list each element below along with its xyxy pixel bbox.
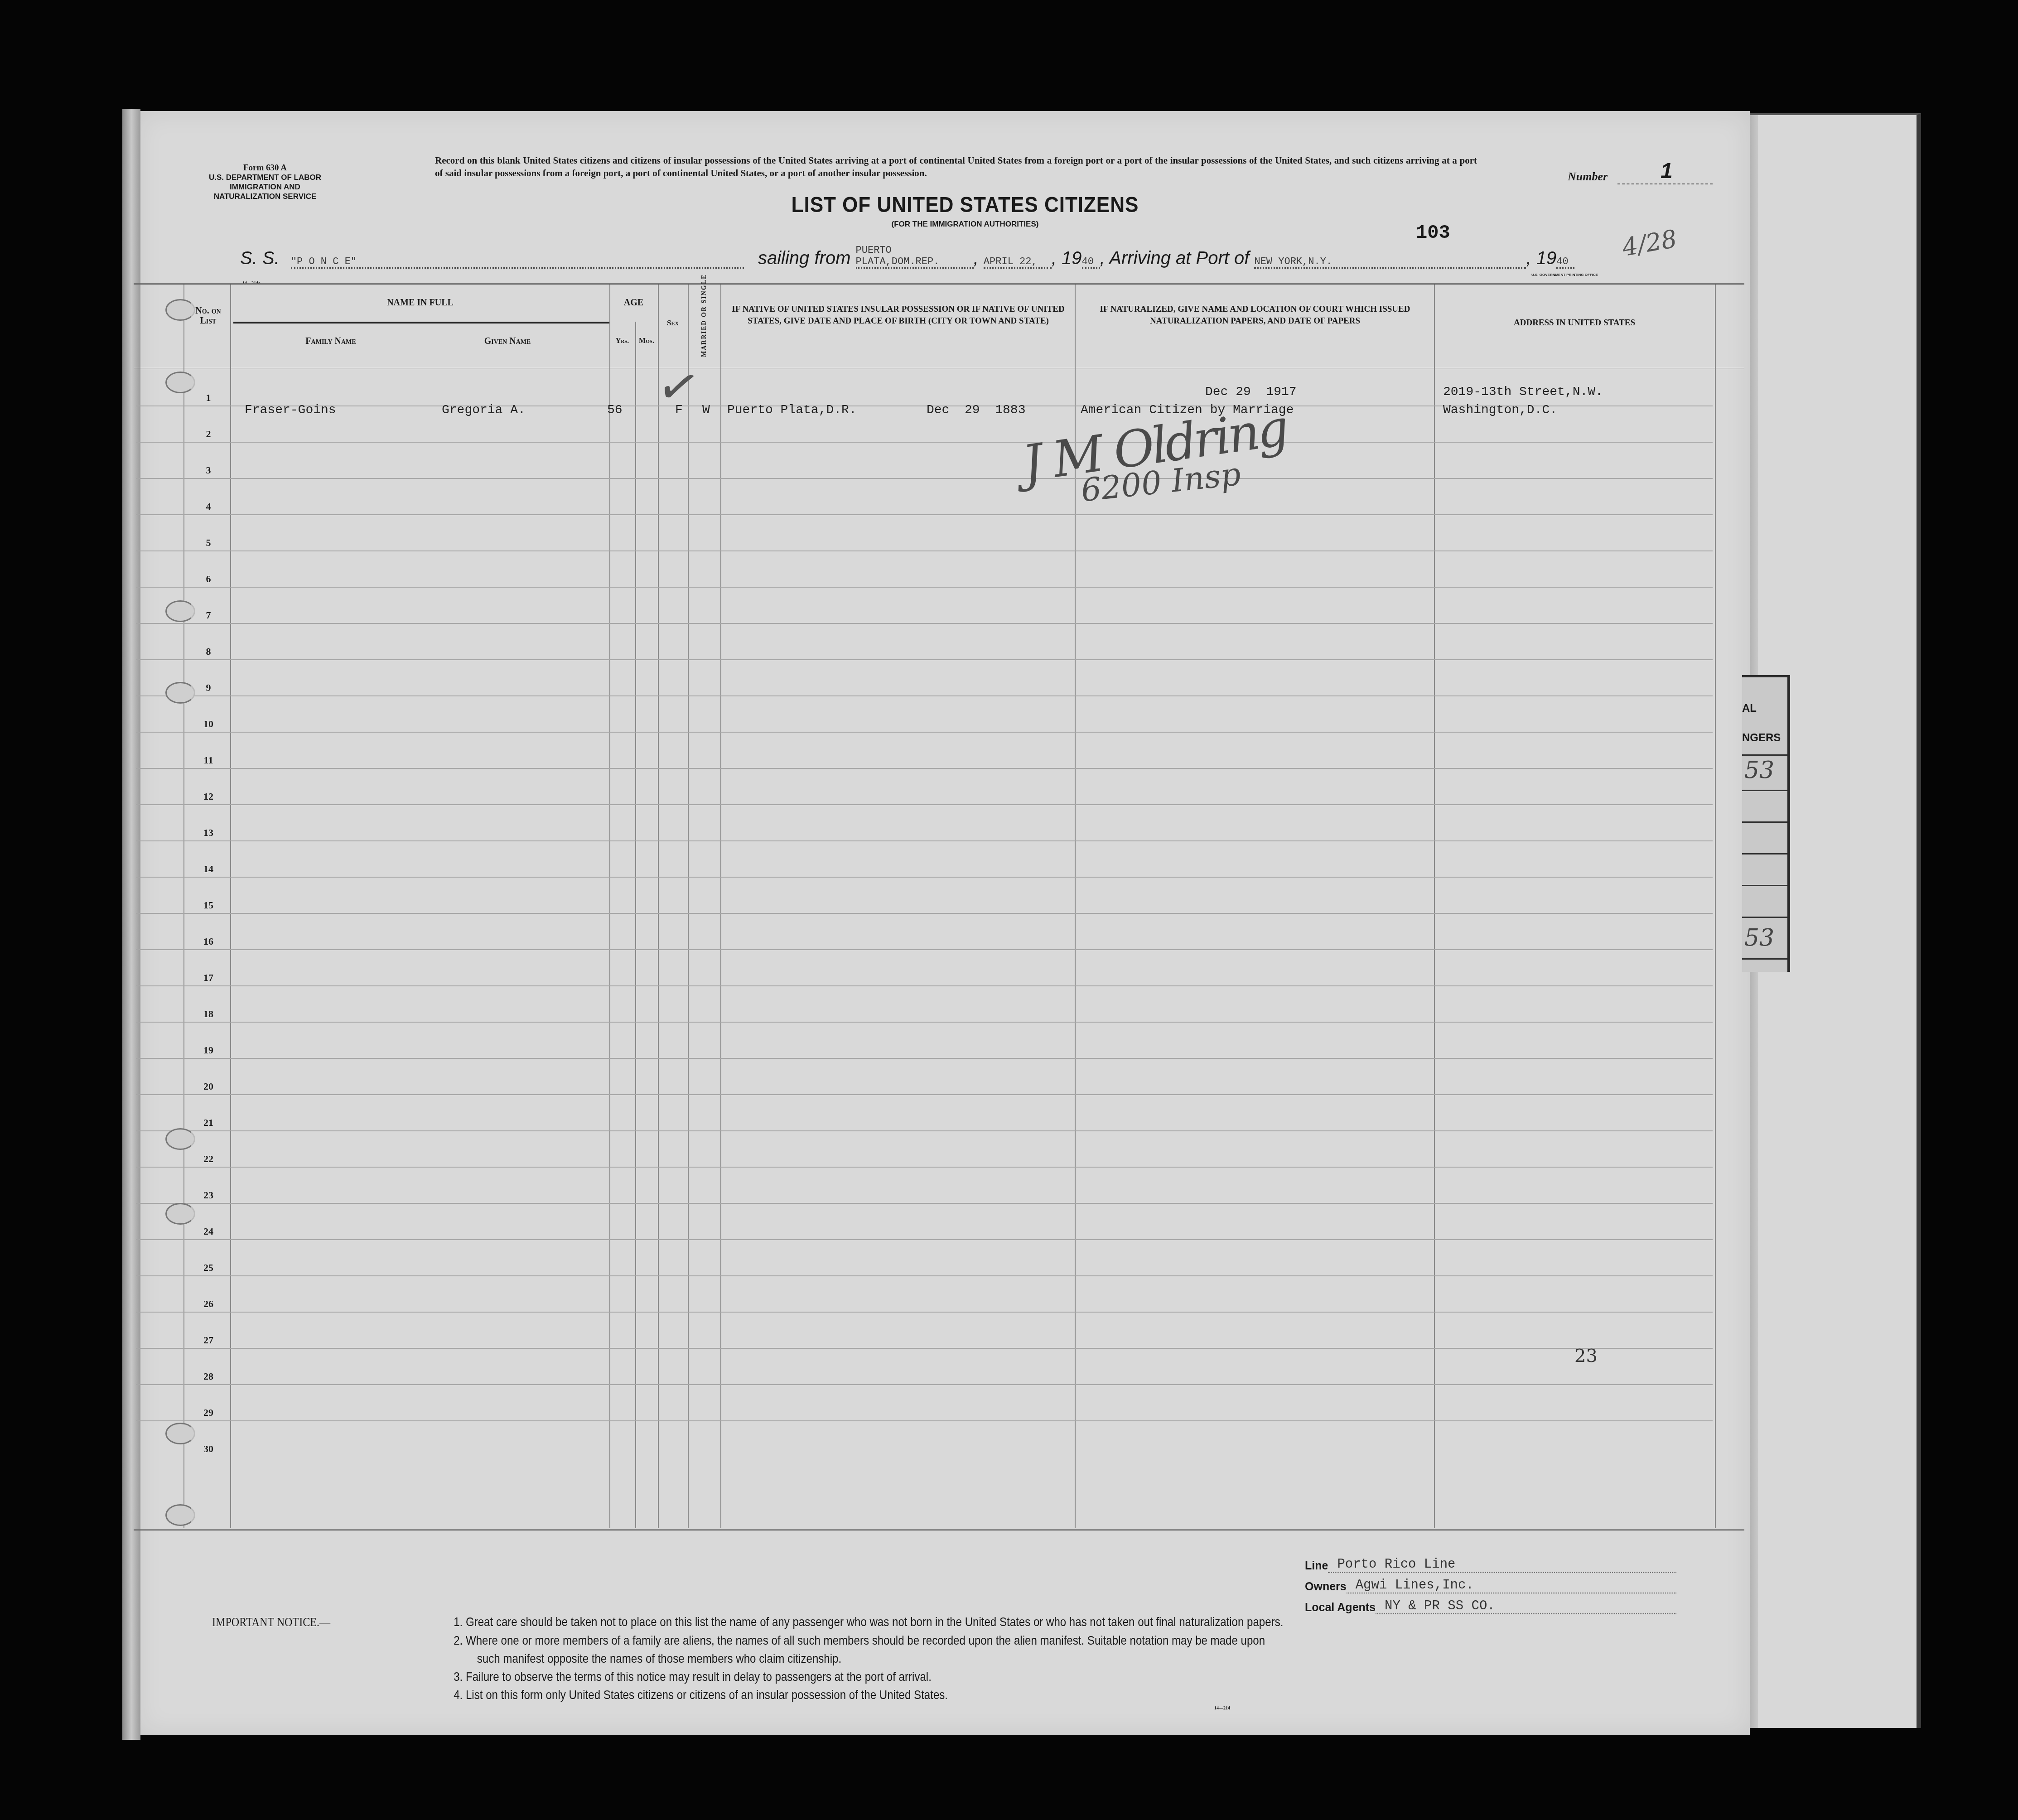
row-number: 6 [195, 573, 222, 585]
row-rule [136, 442, 1713, 443]
row-rule [136, 1239, 1713, 1240]
row-number: 7 [195, 609, 222, 621]
row-rule [136, 1203, 1713, 1204]
entry-age-yrs[interactable]: 56 [607, 403, 623, 417]
row-rule [136, 623, 1713, 624]
tally-label-2: NGERS [1742, 732, 1781, 744]
sailing-year-field[interactable]: 40 [1082, 256, 1100, 269]
important-notice: IMPORTANT NOTICE.—1. Great care should b… [212, 1613, 1498, 1704]
header-top-rule [134, 283, 1744, 285]
row-number: 21 [195, 1117, 222, 1129]
row-number: 8 [195, 646, 222, 657]
table-bottom-rule [134, 1529, 1744, 1530]
passenger-tally-box: AL NGERS 53 53 [1742, 675, 1790, 972]
agents-label: Local Agents [1305, 1601, 1376, 1614]
notice-item-2: 2. Where one or more members of a family… [212, 1632, 1498, 1650]
department: U.S. DEPARTMENT OF LABOR [190, 173, 340, 182]
arriving-label: Arriving at Port of [1109, 248, 1249, 268]
row-rule [136, 768, 1713, 769]
number-field-line [1617, 183, 1713, 184]
tally-rule [1742, 821, 1787, 823]
row-rule [136, 550, 1713, 551]
binder-hole-icon [165, 1504, 195, 1526]
header-family-name: Family Name [245, 335, 417, 347]
row-number: 11 [195, 754, 222, 766]
row-number: 20 [195, 1081, 222, 1092]
row-number: 17 [195, 972, 222, 984]
entry-given-name[interactable]: Gregoria A. [442, 403, 526, 417]
header-yrs: Yrs. [609, 335, 635, 347]
line-row: Line Porto Rico Line [1305, 1552, 1676, 1573]
binding-edge [122, 109, 140, 1740]
row-rule [136, 514, 1713, 515]
owners-label: Owners [1305, 1580, 1347, 1593]
header-married-or-single: MARRIED OR SINGLE [701, 289, 708, 357]
row-number: 10 [195, 718, 222, 730]
row-rule [136, 1167, 1713, 1168]
page-mark: 23 [1574, 1346, 1598, 1366]
header-age: AGE [609, 297, 658, 309]
header-bottom-rule [134, 368, 1744, 369]
col-divider [720, 285, 721, 1528]
entry-married-single[interactable]: W [702, 403, 710, 417]
row-rule [136, 877, 1713, 878]
row-rule [136, 1348, 1713, 1349]
tally-rule [1742, 853, 1787, 854]
row-number: 22 [195, 1153, 222, 1165]
row-rule [136, 949, 1713, 950]
header-address: ADDRESS IN UNITED STATES [1436, 317, 1713, 329]
row-rule [136, 913, 1713, 914]
entry-family-name[interactable]: Fraser-Goins [245, 403, 336, 417]
owners-field[interactable]: Agwi Lines,Inc. [1347, 1578, 1676, 1593]
row-rule [136, 1094, 1713, 1095]
form-identifier: Form 630 A U.S. DEPARTMENT OF LABOR IMMI… [190, 163, 340, 201]
row-rule [136, 478, 1713, 479]
binder-hole-icon [165, 1423, 195, 1444]
col-divider [635, 322, 636, 1528]
inspector-signature: J M Oldring 6200 Insp [1022, 417, 1287, 498]
page-subtitle: (FOR THE IMMIGRATION AUTHORITIES) [770, 220, 1160, 229]
header-name-in-full: NAME IN FULL [231, 297, 609, 309]
line-label: Line [1305, 1559, 1328, 1573]
tally-rule [1742, 885, 1787, 886]
col-divider [688, 285, 689, 1528]
manifest-page [131, 111, 1750, 1735]
binder-hole-icon [165, 682, 195, 704]
row-number: 18 [195, 1008, 222, 1020]
owners-row: Owners Agwi Lines,Inc. [1305, 1573, 1676, 1593]
row-number: 2 [195, 428, 222, 440]
tally-value-1: 53 [1744, 757, 1774, 784]
binder-hole-icon [165, 1203, 195, 1225]
header-native: IF NATIVE OF UNITED STATES INSULAR POSSE… [725, 304, 1072, 327]
row-rule [136, 587, 1713, 588]
tally-value-2: 53 [1744, 924, 1774, 951]
tally-rule [1742, 958, 1787, 960]
sailing-from-field[interactable]: PUERTO PLATA,DOM.REP. [856, 245, 974, 269]
page-title: LIST OF UNITED STATES CITIZENS [736, 193, 1194, 217]
binder-hole-icon [165, 372, 195, 393]
row-number: 4 [195, 501, 222, 512]
row-rule [136, 1058, 1713, 1059]
row-number: 19 [195, 1044, 222, 1056]
binder-hole-icon [165, 600, 195, 622]
sailing-from-label: sailing from [758, 248, 851, 268]
row-rule [136, 1384, 1713, 1385]
ship-info: Line Porto Rico Line Owners Agwi Lines,I… [1305, 1552, 1676, 1614]
row-number: 1 [195, 392, 222, 404]
entry-birth-place[interactable]: Puerto Plata,D.R. [727, 403, 857, 417]
row-number: 14 [195, 863, 222, 875]
number-value[interactable]: 1 [1661, 159, 1673, 183]
line-field[interactable]: Porto Rico Line [1328, 1557, 1676, 1573]
row-rule [136, 659, 1713, 660]
notice-item-4: 4. List on this form only United States … [212, 1686, 1498, 1704]
sailing-date-field[interactable]: APRIL 22, [984, 256, 1052, 269]
entry-address-line-1[interactable]: 2019-13th Street,N.W. [1443, 385, 1603, 399]
form-code-bottom: 14—214 [1214, 1706, 1230, 1711]
header-naturalized: IF NATURALIZED, GIVE NAME AND LOCATION O… [1078, 304, 1432, 327]
binder-hole-icon [165, 1128, 195, 1150]
service-line-2: NATURALIZATION SERVICE [190, 192, 340, 201]
row-number: 5 [195, 537, 222, 549]
row-number: 25 [195, 1262, 222, 1274]
row-rule [136, 1420, 1713, 1421]
service-line-1: IMMIGRATION AND [190, 182, 340, 192]
arrival-year-prefix: 19 [1536, 248, 1557, 268]
voyage-line: S. S. "P O N C E" sailing from PUERTO PL… [240, 245, 1735, 272]
col-divider [658, 285, 659, 1528]
form-instructions: Record on this blank United States citiz… [435, 154, 1477, 179]
entry-address-line-2[interactable]: Washington,D.C. [1443, 403, 1557, 417]
row-number: 12 [195, 791, 222, 802]
notice-item-3: 3. Failure to observe the terms of this … [212, 1668, 1498, 1686]
row-number: 9 [195, 682, 222, 694]
col-divider [1715, 285, 1716, 1528]
row-rule [136, 1312, 1713, 1313]
notice-item-2-cont: such manifest opposite the names of thos… [212, 1650, 1498, 1668]
tally-rule [1742, 790, 1787, 791]
row-number: 16 [195, 936, 222, 947]
col-divider [230, 285, 231, 1528]
row-number: 26 [195, 1298, 222, 1310]
col-divider [609, 285, 610, 1528]
arriving-port-field[interactable]: NEW YORK,N.Y. [1254, 256, 1526, 269]
header-sex: Sex [658, 317, 688, 329]
tally-rule [1742, 754, 1787, 756]
row-rule [136, 985, 1713, 986]
agents-field[interactable]: NY & PR SS CO. [1376, 1598, 1676, 1614]
arrival-year-field[interactable]: 40 [1556, 256, 1574, 269]
printing-office-mark: U.S. GOVERNMENT PRINTING OFFICE [1531, 273, 1598, 277]
header-mos: Mos. [635, 335, 658, 347]
row-rule [136, 732, 1713, 733]
row-rule [136, 840, 1713, 841]
row-number: 24 [195, 1226, 222, 1237]
entry-naturalization-date[interactable]: Dec 29 1917 [1205, 385, 1297, 399]
binder-hole-icon [165, 299, 195, 321]
row-rule [136, 1275, 1713, 1276]
header-given-name: Given Name [421, 335, 594, 347]
row-rule [136, 804, 1713, 805]
row-number: 28 [195, 1371, 222, 1382]
ship-name-field[interactable]: "P O N C E" [291, 256, 744, 269]
entry-birth-date[interactable]: Dec 29 1883 [927, 403, 1025, 417]
stamp-number: 103 [1416, 222, 1450, 244]
row-number: 23 [195, 1189, 222, 1201]
row-number: 13 [195, 827, 222, 839]
number-label: Number [1568, 170, 1608, 183]
tally-rule [1742, 917, 1787, 918]
row-rule [136, 695, 1713, 696]
notice-heading: IMPORTANT NOTICE.— [212, 1613, 454, 1632]
agents-row: Local Agents NY & PR SS CO. [1305, 1593, 1676, 1614]
tally-label-1: AL [1742, 702, 1757, 715]
row-rule [136, 1130, 1713, 1131]
row-number: 27 [195, 1334, 222, 1346]
col-divider [1434, 285, 1435, 1528]
row-rule [136, 1022, 1713, 1023]
row-number: 30 [195, 1443, 222, 1455]
form-number: Form 630 A [190, 163, 340, 173]
ss-label: S. S. [240, 248, 280, 268]
row-number: 29 [195, 1407, 222, 1419]
row-number: 3 [195, 464, 222, 476]
row-number: 15 [195, 899, 222, 911]
sailing-year-prefix: 19 [1062, 248, 1082, 268]
name-header-rule [233, 322, 609, 323]
notice-item-1: 1. Great care should be taken not to pla… [454, 1615, 1283, 1629]
col-divider [183, 285, 184, 1528]
